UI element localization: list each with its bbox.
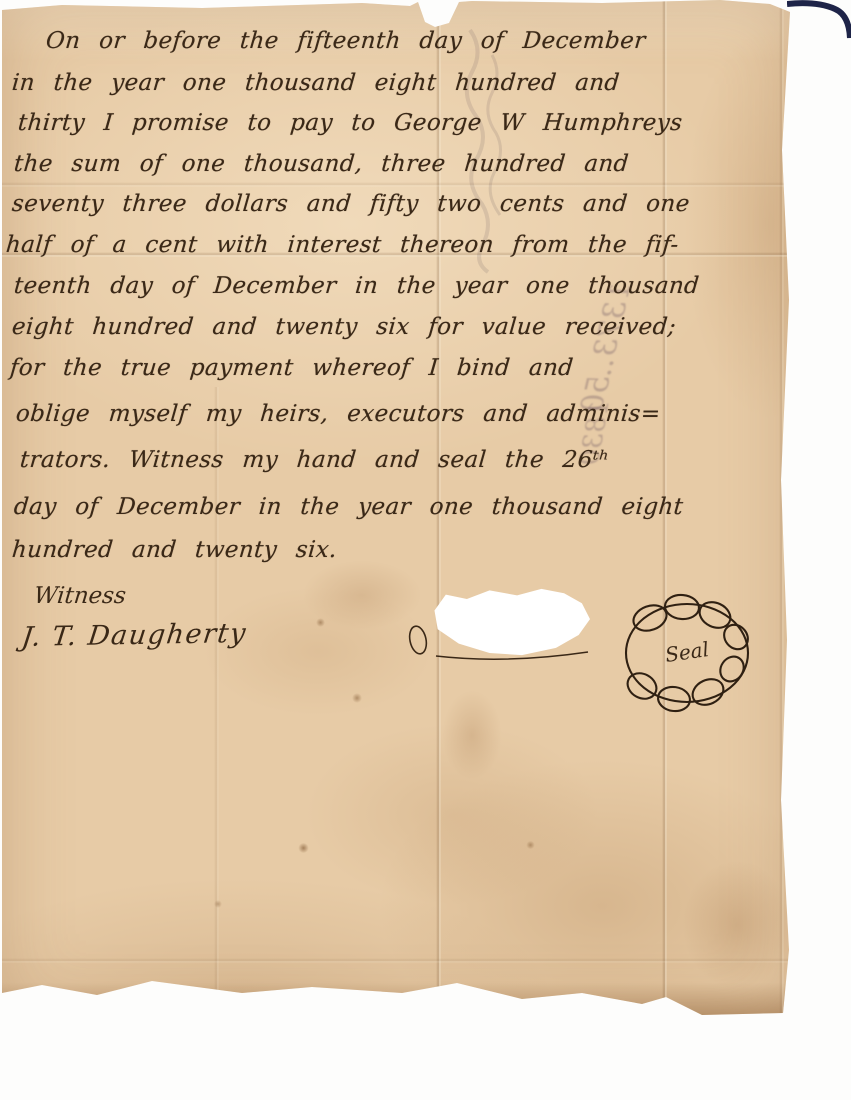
manuscript-line: half of a cent with interest thereon fro… bbox=[5, 232, 680, 258]
stain-smudge bbox=[302, 560, 422, 630]
witness-signature: J. T. Daugherty bbox=[20, 618, 249, 653]
scanned-document: 1373..50 1830 On or before the fifteenth… bbox=[0, 0, 851, 1100]
manuscript-line: day of December in the year one thousand… bbox=[13, 494, 685, 520]
fold-crease-horizontal-upper bbox=[2, 182, 792, 187]
manuscript-line: eight hundred and twenty six for value r… bbox=[11, 314, 677, 340]
manuscript-line: oblige myself my heirs, executors and ad… bbox=[15, 401, 662, 427]
manuscript-line: for the true payment whereof I bind and bbox=[9, 355, 575, 381]
manuscript-line: On or before the fifteenth day of Decemb… bbox=[45, 28, 647, 54]
seal-doodle: Seal bbox=[614, 592, 764, 717]
manuscript-line: the sum of one thousand, three hundred a… bbox=[13, 151, 630, 177]
stain-spot bbox=[352, 693, 362, 703]
witness-label: Witness bbox=[33, 583, 128, 609]
manuscript-line: hundred and twenty six. bbox=[11, 537, 338, 563]
fold-crease-horizontal-bottom bbox=[2, 958, 792, 963]
scanner-edge bbox=[787, 0, 851, 42]
stain-spot bbox=[214, 900, 222, 908]
manuscript-line: trators. Witness my hand and seal the 26… bbox=[19, 447, 610, 473]
stain-spot bbox=[298, 843, 309, 853]
seal-label: Seal bbox=[664, 637, 711, 667]
manuscript-page: 1373..50 1830 On or before the fifteenth… bbox=[2, 0, 792, 1018]
stain-spot bbox=[526, 841, 535, 849]
stain-smudge bbox=[682, 860, 792, 990]
manuscript-line: seventy three dollars and fifty two cent… bbox=[11, 191, 691, 217]
fold-crease-vertical-left bbox=[214, 387, 219, 1018]
manuscript-line: thirty I promise to pay to George W Hump… bbox=[17, 110, 684, 136]
manuscript-line: in the year one thousand eight hundred a… bbox=[11, 70, 621, 96]
manuscript-line: teenth day of December in the year one t… bbox=[13, 273, 701, 299]
bleedthrough-amount: 1373..50 bbox=[575, 278, 639, 416]
stain-smudge bbox=[442, 690, 502, 780]
fold-crease-vertical-edge bbox=[779, 0, 784, 1018]
